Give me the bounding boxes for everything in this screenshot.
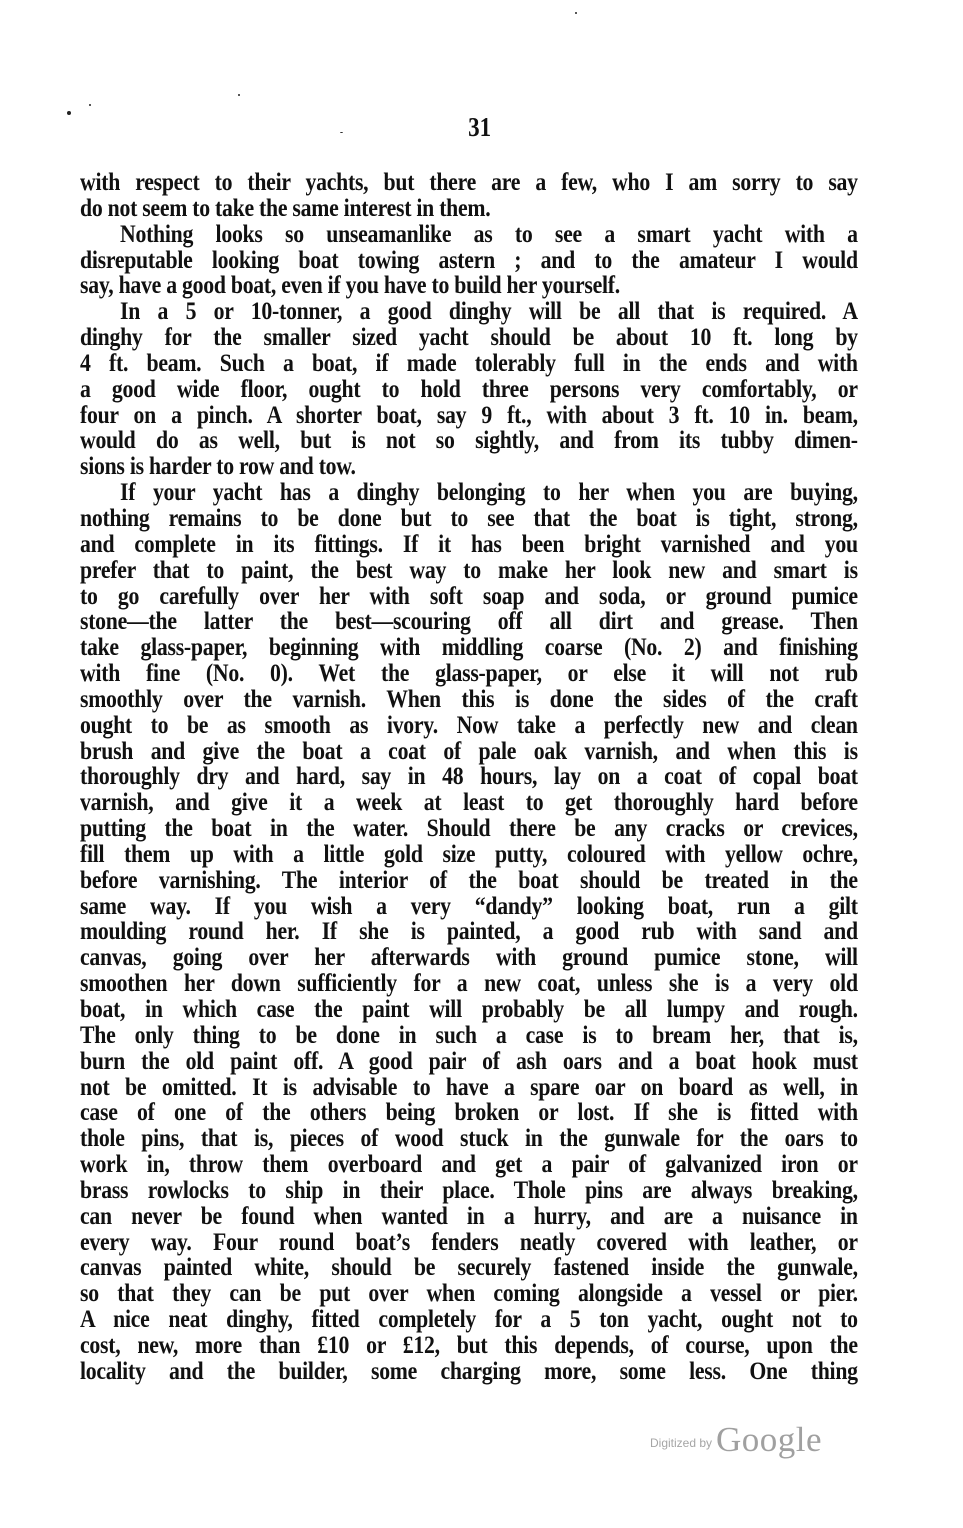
book-page: 31 with respect to their yachts, but the…	[0, 0, 963, 1528]
text-line: thole pins, that is, pieces of wood stuc…	[80, 1126, 858, 1152]
text-line: cost, new, more than £10 or £12, but thi…	[80, 1333, 858, 1359]
text-line: smoothen her down sufficiently for a new…	[80, 971, 858, 997]
text-line: say, have a good boat, even if you have …	[80, 273, 858, 299]
text-line: brush and give the boat a coat of pale o…	[80, 739, 858, 765]
text-line: canvas, going over her afterwards with g…	[80, 945, 858, 971]
text-line: to go carefully over her with soft soap …	[80, 584, 858, 610]
text-line: brass rowlocks to ship in their place. T…	[80, 1178, 858, 1204]
text-line: sions is harder to row and tow.	[80, 454, 858, 480]
text-line: The only thing to be done in such a case…	[80, 1023, 858, 1049]
text-line: In a 5 or 10-tonner, a good dinghy will …	[80, 299, 858, 325]
watermark-prefix: Digitized by	[650, 1436, 712, 1450]
text-line: before varnishing. The interior of the b…	[80, 868, 858, 894]
text-line: If your yacht has a dinghy belonging to …	[80, 480, 858, 506]
digitized-watermark: Digitized by Google	[650, 1420, 822, 1460]
google-logo-text: Google	[716, 1420, 822, 1459]
scan-speck	[89, 104, 91, 106]
text-line: locality and the builder, some charging …	[80, 1359, 858, 1385]
page-number: 31	[70, 112, 889, 143]
text-line: 4 ft. beam. Such a boat, if made tolerab…	[80, 351, 858, 377]
text-line: case of one of the others being broken o…	[80, 1100, 858, 1126]
text-line: boat, in which case the paint will proba…	[80, 997, 858, 1023]
text-line: work in, throw them overboard and get a …	[80, 1152, 858, 1178]
scan-speck	[575, 12, 577, 14]
text-line: with respect to their yachts, but there …	[80, 170, 858, 196]
text-line: would do as well, but is not so sightly,…	[80, 428, 858, 454]
text-line: thoroughly dry and hard, say in 48 hours…	[80, 764, 858, 790]
text-line: moulding round her. If she is painted, a…	[80, 919, 858, 945]
text-line: a good wide floor, ought to hold three p…	[80, 377, 858, 403]
text-line: with fine (No. 0). Wet the glass-paper, …	[80, 661, 858, 687]
text-line: same way. If you wish a very “dandy” loo…	[80, 894, 858, 920]
text-line: Nothing looks so unseamanlike as to see …	[80, 222, 858, 248]
text-line: smoothly over the varnish. When this is …	[80, 687, 858, 713]
text-line: so that they can be put over when coming…	[80, 1281, 858, 1307]
text-line: do not seem to take the same interest in…	[80, 196, 858, 222]
text-line: can never be found when wanted in a hurr…	[80, 1204, 858, 1230]
text-line: burn the old paint off. A good pair of a…	[80, 1049, 858, 1075]
text-line: putting the boat in the water. Should th…	[80, 816, 858, 842]
text-line: not be omitted. It is advisable to have …	[80, 1075, 858, 1101]
text-line: canvas painted white, should be securely…	[80, 1255, 858, 1281]
text-line: fill them up with a little gold size put…	[80, 842, 858, 868]
text-line: A nice neat dinghy, fitted completely fo…	[80, 1307, 858, 1333]
text-line: prefer that to paint, the best way to ma…	[80, 558, 858, 584]
scan-speck	[238, 94, 240, 96]
text-line: every way. Four round boat’s fenders nea…	[80, 1230, 858, 1256]
text-line: stone—the latter the best—scouring off a…	[80, 609, 858, 635]
text-line: varnish, and give it a week at least to …	[80, 790, 858, 816]
text-line: disreputable looking boat towing astern …	[80, 248, 858, 274]
text-line: ought to be as smooth as ivory. Now take…	[80, 713, 858, 739]
text-line: four on a pinch. A shorter boat, say 9 f…	[80, 403, 858, 429]
text-line: take glass-paper, beginning with middlin…	[80, 635, 858, 661]
text-line: dinghy for the smaller sized yacht shoul…	[80, 325, 858, 351]
body-text: with respect to their yachts, but there …	[80, 170, 858, 1385]
text-line: and complete in its fittings. If it has …	[80, 532, 858, 558]
text-line: nothing remains to be done but to see th…	[80, 506, 858, 532]
